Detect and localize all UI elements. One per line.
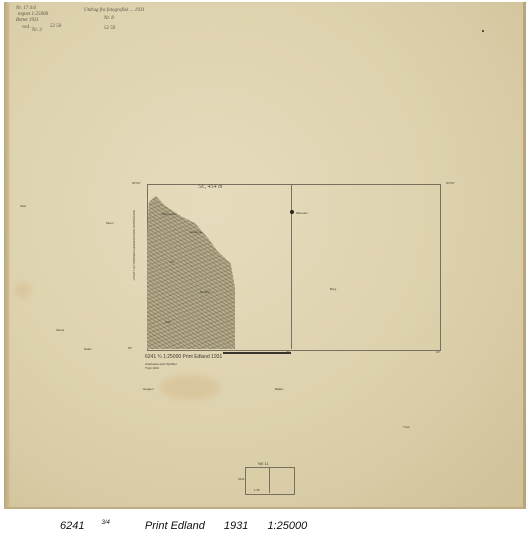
sheet-edge	[6, 4, 9, 504]
place-label: Haugen	[143, 387, 154, 391]
note-top-center-1: Utdrag fra fotografisk ... 1931	[84, 8, 145, 13]
note-top-left-1: Nr. 17 4/4	[16, 6, 36, 11]
place-label: Dalen	[84, 347, 92, 351]
place-label: Tveit	[403, 425, 410, 429]
inset-divider	[269, 467, 270, 493]
place-label: Kleiva	[56, 328, 64, 332]
place-label: Moen	[106, 221, 114, 225]
sheet-title: Print Edland	[145, 520, 205, 532]
corner-bottom-left: 50°	[128, 346, 133, 350]
place-label: Skar	[20, 204, 26, 208]
inset-index-map	[245, 467, 295, 495]
place-label: Bakke	[275, 387, 283, 391]
inset-left-value: 6241	[238, 477, 245, 481]
frame-divider	[291, 184, 292, 349]
sheet-year: 1931	[224, 520, 248, 532]
location-marker-icon	[290, 210, 294, 214]
corner-top-left: 60°00'	[132, 181, 140, 185]
sheet-label-strip: 62413/4 Print Edland 1931 1:25000	[60, 520, 323, 532]
note-top-left-2: tegnet 1:25000	[18, 12, 48, 17]
place-label: Lid	[170, 260, 174, 264]
note-top-left-3: Rettet 1931	[16, 18, 39, 23]
marker-label: Møsvatn	[296, 211, 308, 215]
inset-label: NE 11	[258, 461, 269, 466]
corner-top-right: 60°00'	[446, 181, 454, 185]
inset-bottom-value: 1:25	[254, 488, 260, 492]
note-top-center-3: 52 50	[104, 26, 115, 31]
place-label: Vatn	[165, 320, 171, 324]
paper-stain	[160, 375, 220, 400]
place-label: Bjørnestad	[162, 212, 177, 216]
side-text: UTGITT AV NORGES GEOGRAFISKE OPPMÅLING	[132, 210, 136, 280]
note-top-left-6: 52 50	[50, 24, 61, 29]
corner-bottom-right: 10'	[436, 350, 440, 354]
scale-bar	[223, 352, 291, 354]
header-number: 5E, 454 m	[198, 184, 223, 190]
place-label: Nordbø	[200, 290, 210, 294]
note-top-center-2: Nr. 8	[104, 16, 114, 21]
note-top-left-5: Nr. 3	[32, 28, 42, 33]
place-label: Berg	[330, 287, 336, 291]
imprint-title: 6241 ¾ 1:25000 Print Edland 1931	[145, 354, 222, 360]
sheet-scale: 1:25000	[267, 520, 307, 532]
sheet-number: 62413/4	[60, 520, 126, 532]
imprint-line: Trykt 1931	[145, 366, 159, 370]
map-dot	[482, 30, 484, 32]
paper-stain	[15, 282, 31, 298]
place-label: Haugene	[190, 230, 202, 234]
